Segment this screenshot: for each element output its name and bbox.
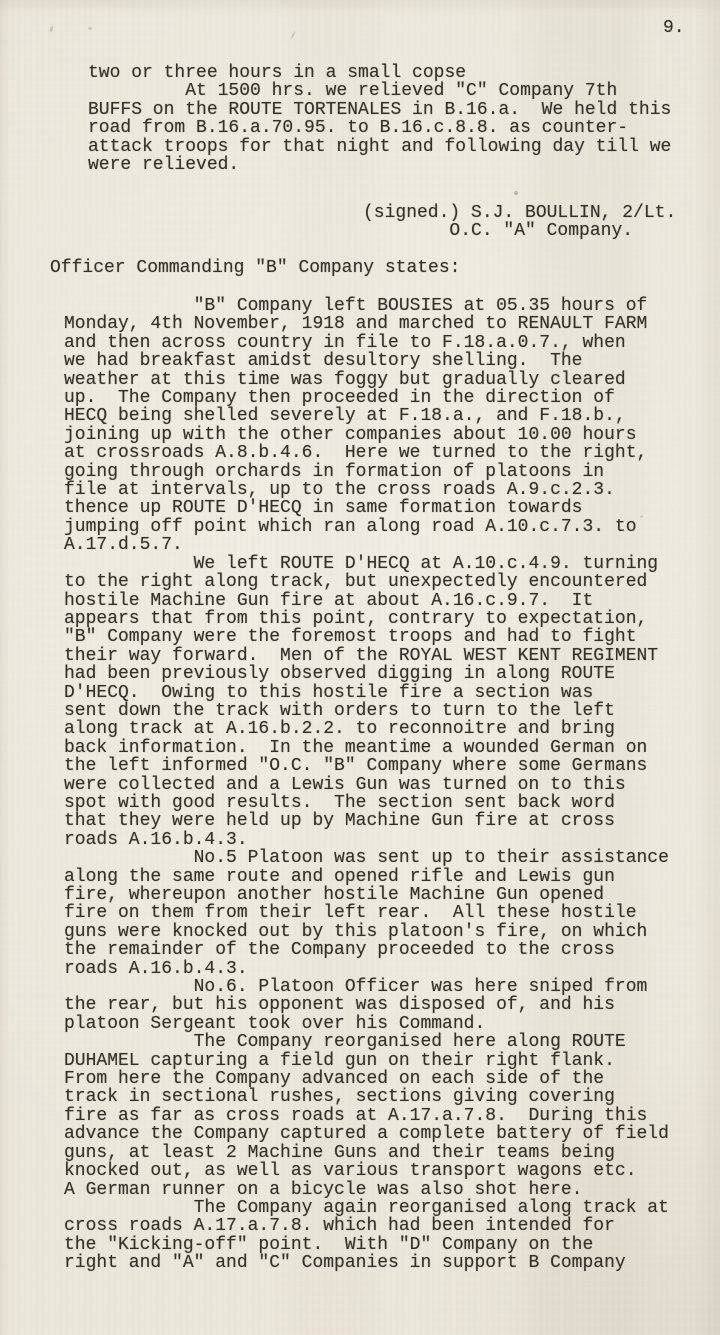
paper-speck: [290, 31, 295, 39]
document-page: 9. two or three hours in a small copse A…: [0, 0, 720, 1335]
signature-block: (signed.) S.J. BOULLIN, 2/Lt. O.C. "A" C…: [363, 204, 676, 241]
paper-speck: [640, 515, 643, 518]
b-company-heading: Officer Commanding "B" Company states:: [50, 259, 460, 277]
paper-speck: [88, 27, 92, 30]
paper-speck: [514, 191, 518, 195]
paper-speck: [49, 26, 54, 33]
page-number: 9.: [663, 18, 685, 38]
b-company-statement: "B" Company left BOUSIES at 05.35 hours …: [64, 297, 669, 1273]
a-company-statement-continuation: two or three hours in a small copse At 1…: [88, 64, 671, 174]
